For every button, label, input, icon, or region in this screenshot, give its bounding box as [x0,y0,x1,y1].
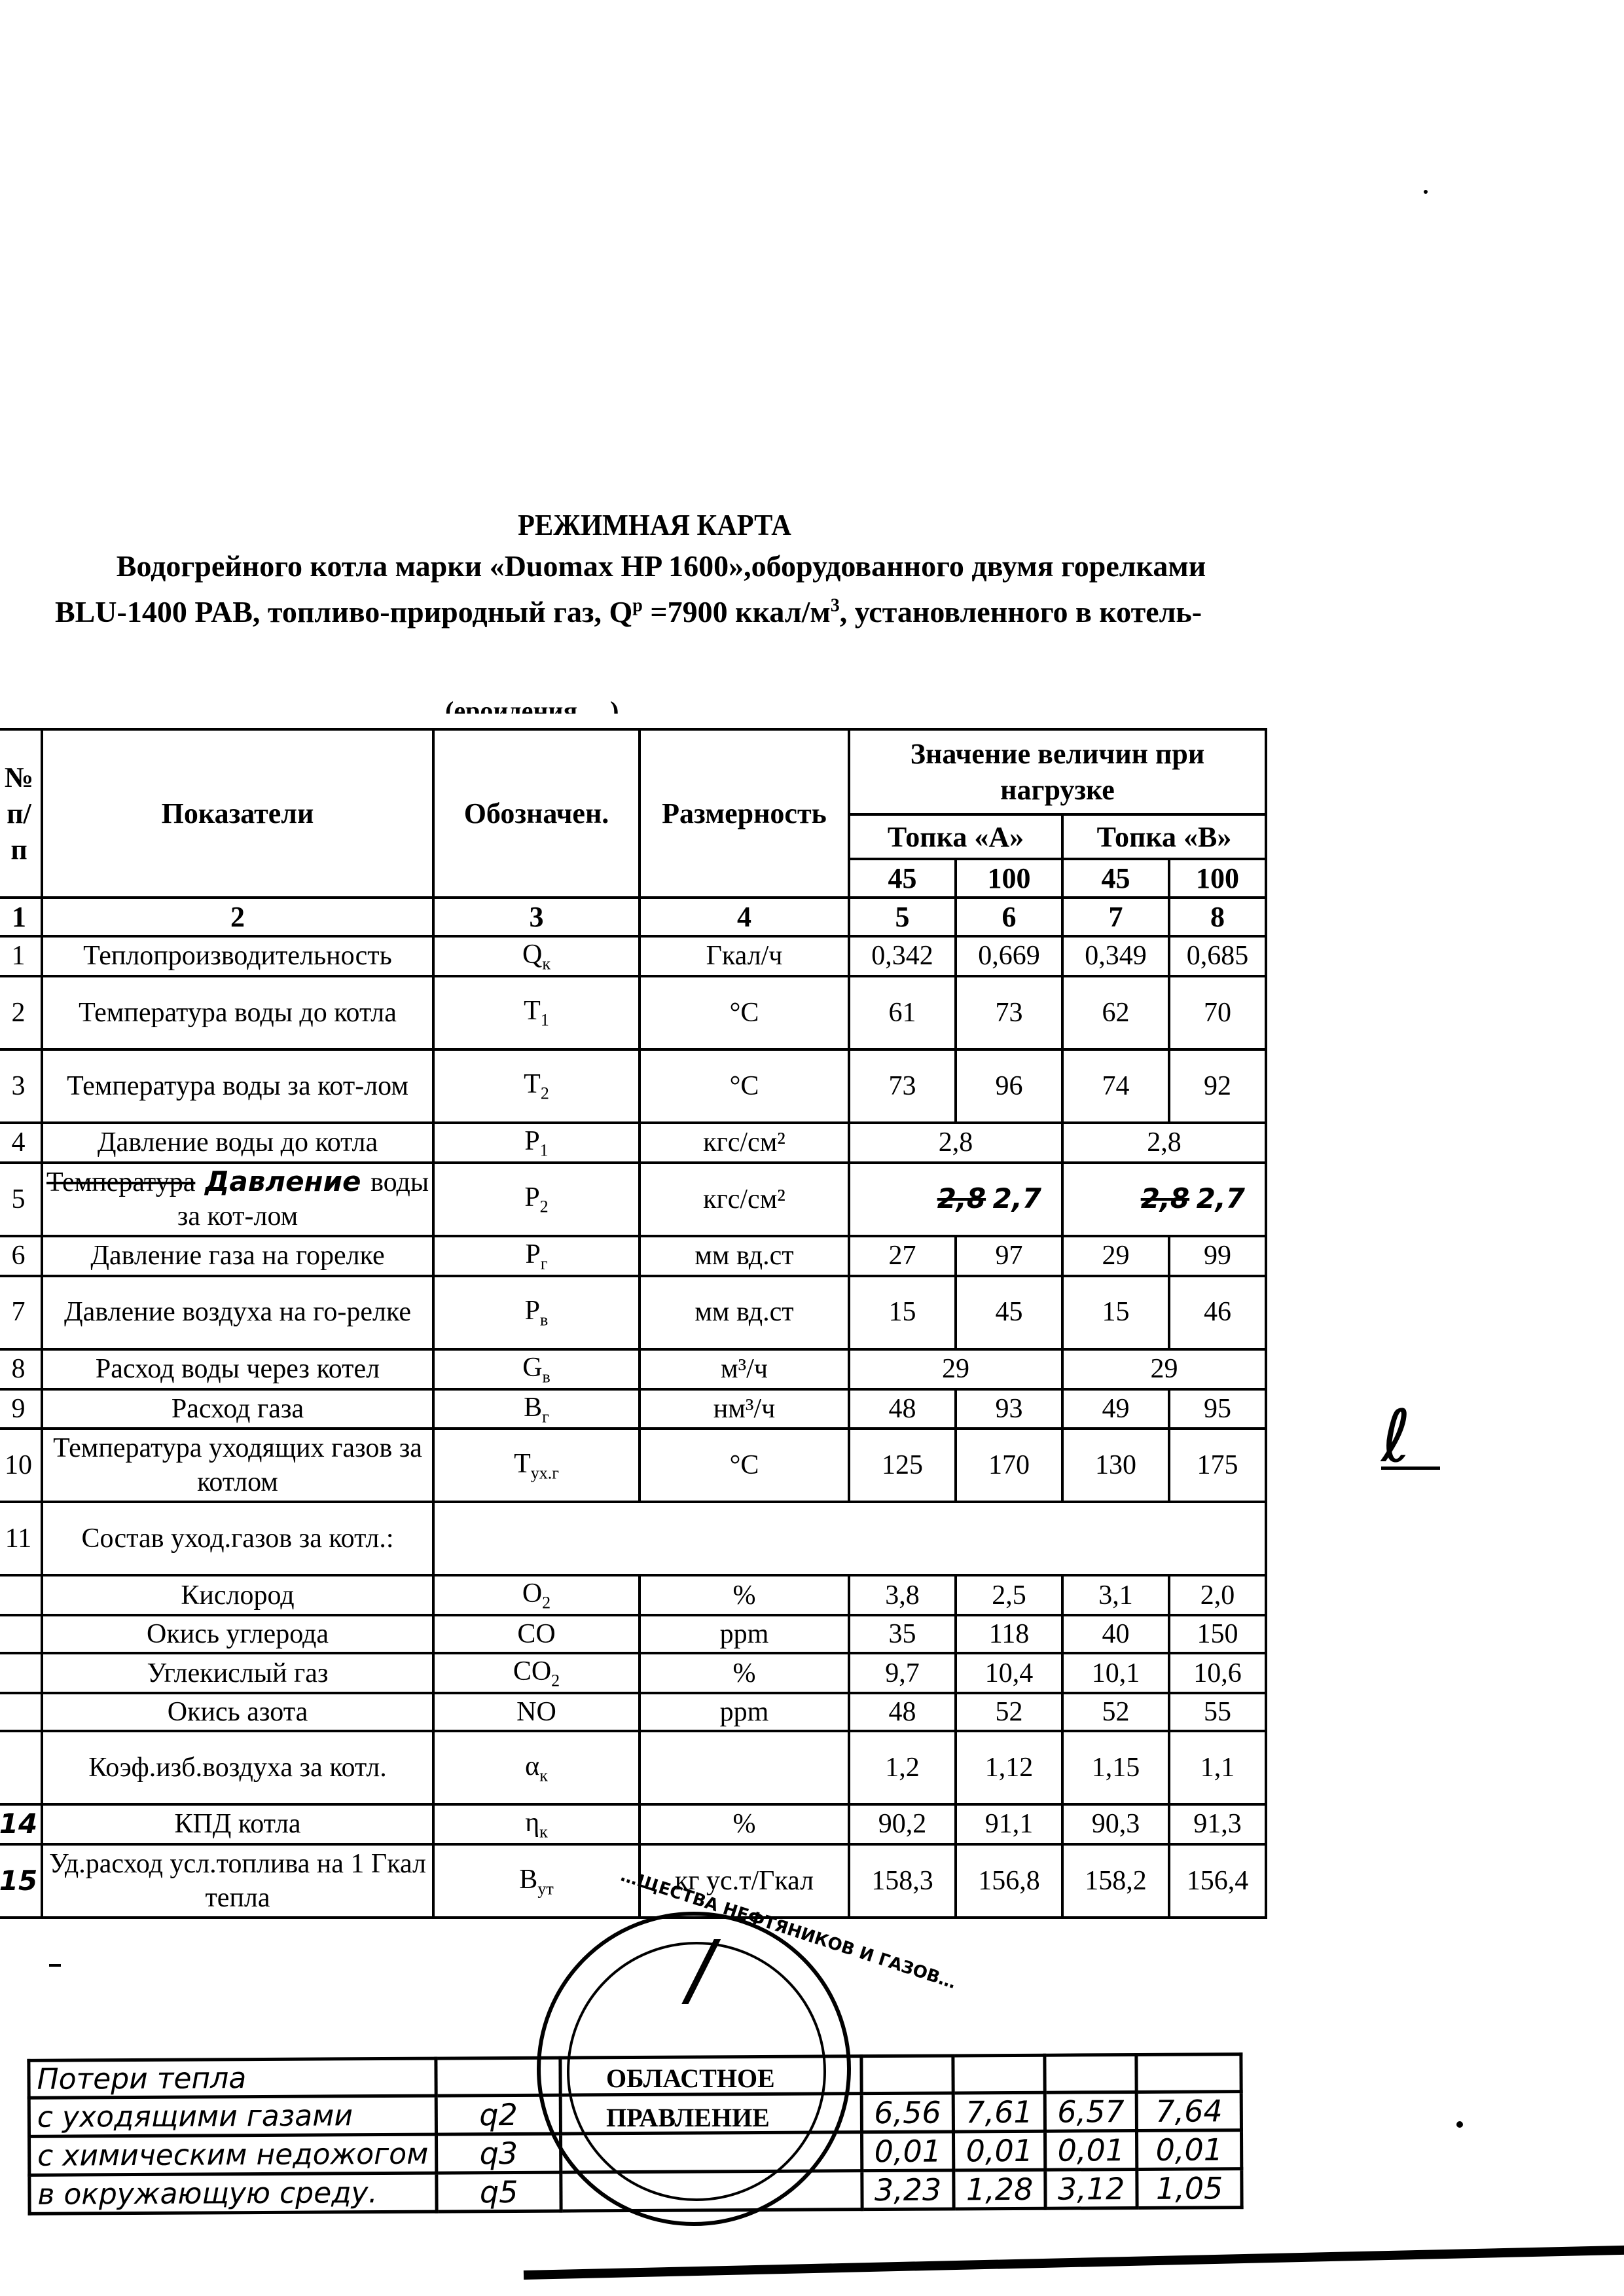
indicator-unit: мм вд.ст [640,1276,849,1349]
loss-value: 3,23 [862,2170,954,2210]
loss-value [1136,2054,1241,2092]
value-cell: 99 [1169,1236,1266,1276]
loss-value [861,2056,953,2094]
indicator-name: Температура воды за кот-лом [42,1049,433,1123]
row-number: 11 [0,1502,42,1575]
symbol-subscript: ут [537,1879,553,1898]
symbol-subscript: в [543,1367,550,1386]
header-load: 45 [849,859,956,898]
loss-value: 0,01 [954,2131,1045,2170]
value-cell: 29 [1062,1236,1169,1276]
table-row: 8Расход воды через котелGвм³/ч2929 [0,1349,1266,1389]
value-cell: 158,2 [1062,1844,1169,1918]
heat-losses-table: Потери теплас уходящими газамиq26,567,61… [27,2052,1243,2215]
loss-row: Потери тепла [29,2054,1241,2098]
indicator-unit: ppm [640,1615,849,1653]
column-number: 2 [42,898,433,936]
value-cell: 125 [849,1429,956,1502]
loss-row: с уходящими газамиq26,567,616,577,64 [29,2092,1241,2137]
indicator-symbol: T1 [433,976,640,1049]
header-furnace-a: Топка «А» [849,814,1062,859]
indicator-name: Температура воды до котла [42,976,433,1049]
loss-value: 7,64 [1136,2092,1241,2131]
symbol-subscript: 2 [541,1084,549,1103]
handwritten-value: 2,7 [993,1182,1041,1214]
indicator-unit: % [640,1653,849,1693]
indicator-name: Давление воды до котла [42,1123,433,1163]
value-cell: 0,685 [1169,936,1266,976]
loss-symbol: q5 [437,2172,561,2212]
value-cell: 158,3 [849,1844,956,1918]
table-row: КислородO2%3,82,53,12,0 [0,1575,1266,1615]
indicator-name: Расход газа [42,1389,433,1429]
table-row: 11Состав уход.газов за котл.: [0,1502,1266,1575]
value-cell: 0,349 [1062,936,1169,976]
value-cell: 175 [1169,1429,1266,1502]
symbol-subscript: г [541,1254,548,1273]
merged-value: 29 [1062,1349,1266,1389]
row-number: 9 [0,1389,42,1429]
indicator-symbol: O2 [433,1575,640,1615]
symbol-subscript: 2 [542,1594,550,1613]
header-load: 100 [956,859,1062,898]
indicator-symbol: T2 [433,1049,640,1123]
value-cell: 91,3 [1169,1804,1266,1844]
symbol-subscript: 2 [540,1197,549,1216]
row-number: 5 [0,1163,42,1236]
header-unit: Размерность [640,729,849,898]
struck-text: Температура [46,1167,195,1197]
value-cell: 170 [956,1429,1062,1502]
loss-symbol: q3 [437,2134,561,2173]
table-row: 9Расход газаBгнм³/ч48934995 [0,1389,1266,1429]
indicator-unit: кгс/см² [640,1123,849,1163]
header-symbol: Обозначен. [433,729,640,898]
indicator-name: Давление газа на горелке [42,1236,433,1276]
indicator-symbol: CO [433,1615,640,1653]
value-cell: 61 [849,976,956,1049]
value-cell: 15 [849,1276,956,1349]
value-cell: 1,2 [849,1731,956,1804]
value-cell: 3,1 [1062,1575,1169,1615]
value-cell: 2,5 [956,1575,1062,1615]
column-number: 7 [1062,898,1169,936]
value-cell: 92 [1169,1049,1266,1123]
indicator-name: Температура уходящих газов за котлом [42,1429,433,1502]
value-cell: 27 [849,1236,956,1276]
value-cell: 55 [1169,1693,1266,1731]
table-row: 10Температура уходящих газов за котломTу… [0,1429,1266,1502]
table-row: Коэф.изб.воздуха за котл.αк1,21,121,151,… [0,1731,1266,1804]
loss-row: в окружающую среду.q53,231,283,121,05 [29,2169,1242,2214]
indicator-symbol: P1 [433,1123,640,1163]
loss-value: 0,01 [1045,2130,1137,2170]
value-cell: 91,1 [956,1804,1062,1844]
header-values-group: Значение величин при нагрузке [849,729,1266,814]
loss-symbol [436,2058,560,2096]
value-cell: 90,3 [1062,1804,1169,1844]
indicator-symbol: CO2 [433,1653,640,1693]
symbol-subscript: 1 [540,1140,549,1159]
indicator-symbol: Gв [433,1349,640,1389]
indicator-unit: нм³/ч [640,1389,849,1429]
loss-label: Потери тепла [29,2058,436,2098]
indicator-name: КПД котла [42,1804,433,1844]
loss-value [953,2055,1045,2093]
scan-speck [1456,2121,1463,2128]
value-cell: 156,8 [956,1844,1062,1918]
header-load: 100 [1169,859,1266,898]
indicator-unit [640,1731,849,1804]
symbol-subscript: в [540,1311,548,1330]
section-label: Состав уход.газов за котл.: [42,1502,433,1575]
row-number [0,1615,42,1653]
row-number: 10 [0,1429,42,1502]
value-cell: 1,15 [1062,1731,1169,1804]
loss-value: 7,61 [953,2092,1045,2132]
table-row: 6Давление газа на горелкеPгмм вд.ст27972… [0,1236,1266,1276]
value-cell: 48 [849,1693,956,1731]
section-filler [433,1502,1266,1575]
row-number [0,1731,42,1804]
loss-row: с химическим недожогомq30,010,010,010,01 [29,2130,1242,2176]
value-cell: 73 [956,976,1062,1049]
table-row: 14КПД котлаηк%90,291,190,391,3 [0,1804,1266,1844]
table-row: 3Температура воды за кот-ломT2°C73967492 [0,1049,1266,1123]
loss-value [1045,2054,1136,2092]
loss-value: 0,01 [1137,2130,1242,2170]
value-cell: 118 [956,1615,1062,1653]
indicator-unit: % [640,1804,849,1844]
table-row: 7Давление воздуха на го-релкеPвмм вд.ст1… [0,1276,1266,1349]
value-cell: 3,8 [849,1575,956,1615]
document-title: РЕЖИМНАЯ КАРТА [52,507,1257,542]
value-cell: 70 [1169,976,1266,1049]
signature: ℓ [1381,1394,1411,1478]
indicator-unit: °C [640,1049,849,1123]
indicator-symbol: ηк [433,1804,640,1844]
indicator-name: Окись углерода [42,1615,433,1653]
value-cell: 150 [1169,1615,1266,1653]
subtitle-text: BLU-1400 PAB, топливо-природный газ, Q [55,595,632,629]
indicator-name: Расход воды через котел [42,1349,433,1389]
value-cell: 96 [956,1049,1062,1123]
indicator-symbol: Bг [433,1389,640,1429]
value-cell: 1,1 [1169,1731,1266,1804]
header-load: 45 [1062,859,1169,898]
value-cell: 35 [849,1615,956,1653]
header-num: № п/п [0,729,42,898]
row-number [0,1693,42,1731]
value-cell: 0,342 [849,936,956,976]
scan-speck [49,1964,61,1967]
indicator-unit: °C [640,1429,849,1502]
value-cell: 90,2 [849,1804,956,1844]
column-number: 8 [1169,898,1266,936]
value-cell: 62 [1062,976,1169,1049]
value-cell: 97 [956,1236,1062,1276]
column-number: 3 [433,898,640,936]
indicator-unit: Гкал/ч [640,936,849,976]
table-row: Окись азотаNOppm48525255 [0,1693,1266,1731]
handwritten-correction: Давление [195,1165,370,1197]
scan-speck [1424,190,1428,194]
scan-edge-artifact [524,2245,1624,2280]
symbol-subscript: 2 [551,1671,560,1690]
row-number: 3 [0,1049,42,1123]
header-row: № п/пПоказателиОбозначен.РазмерностьЗнач… [0,729,1266,814]
value-cell: 52 [1062,1693,1169,1731]
row-number: 8 [0,1349,42,1389]
table-row: 4Давление воды до котлаP1кгс/см²2,82,8 [0,1123,1266,1163]
indicator-name: Углекислый газ [42,1653,433,1693]
value-cell: 2,0 [1169,1575,1266,1615]
column-number: 5 [849,898,956,936]
row-number: 14 [0,1804,42,1844]
symbol-subscript: 1 [541,1011,549,1030]
loss-label: в окружающую среду. [29,2173,437,2214]
value-cell: 74 [1062,1049,1169,1123]
value-cell: 10,1 [1062,1653,1169,1693]
table-row: 2Температура воды до котлаT1°C61736270 [0,976,1266,1049]
merged-value: 29 [849,1349,1062,1389]
value-cell: 0,669 [956,936,1062,976]
loss-stamp-area [560,2056,861,2095]
struck-value: 2,8 [937,1182,986,1214]
document-subtitle-line1: Водогрейного котла марки «Duomax HP 1600… [39,549,1283,583]
indicator-name: Давление воздуха на го-релке [42,1276,433,1349]
loss-label: с уходящими газами [29,2096,436,2136]
value-cell: 48 [849,1389,956,1429]
value-cell: 156,4 [1169,1844,1266,1918]
indicator-unit: °C [640,976,849,1049]
table-row: 1ТеплопроизводительностьQкГкал/ч0,3420,6… [0,936,1266,976]
loss-value: 6,57 [1045,2092,1136,2131]
indicator-name: Окись азота [42,1693,433,1731]
symbol-subscript: ух.г [531,1463,559,1482]
table-row: Углекислый газCO2%9,710,410,110,6 [0,1653,1266,1693]
subtitle-sup: р [632,596,643,616]
value-cell: 93 [956,1389,1062,1429]
subtitle-text: , установленного в котель- [840,595,1202,629]
row-number: 7 [0,1276,42,1349]
handwritten-value: 2,7 [1197,1182,1245,1214]
row-number: 6 [0,1236,42,1276]
indicator-name: Температура Давление воды за кот-лом [42,1163,433,1236]
indicator-unit: м³/ч [640,1349,849,1389]
table-row: 5Температура Давление воды за кот-ломP2к… [0,1163,1266,1236]
value-cell: 52 [956,1693,1062,1731]
value-cell: 15 [1062,1276,1169,1349]
symbol-subscript: к [539,1823,548,1842]
stamp-signature: / [687,1925,713,2016]
indicator-symbol: Pв [433,1276,640,1349]
loss-stamp-area [561,2171,862,2211]
row-number: 4 [0,1123,42,1163]
indicator-name: Теплопроизводительность [42,936,433,976]
value-cell: 10,6 [1169,1653,1266,1693]
symbol-subscript: г [542,1407,549,1426]
indicator-unit: мм вд.ст [640,1236,849,1276]
value-cell: 10,4 [956,1653,1062,1693]
merged-value: 2,8 [849,1123,1062,1163]
loss-value: 6,56 [861,2093,953,2132]
signature-underline [1381,1467,1440,1470]
value-cell: 40 [1062,1615,1169,1653]
column-number: 1 [0,898,42,936]
loss-stamp-area [560,2094,861,2134]
indicator-name: Кислород [42,1575,433,1615]
column-number: 4 [640,898,849,936]
value-cell: 46 [1169,1276,1266,1349]
merged-value: 2,8 2,7 [1062,1163,1266,1236]
indicator-symbol: Tух.г [433,1429,640,1502]
indicator-unit: кгс/см² [640,1163,849,1236]
column-number: 6 [956,898,1062,936]
symbol-subscript: к [542,954,550,973]
indicator-symbol: NO [433,1693,640,1731]
value-cell: 45 [956,1276,1062,1349]
indicator-unit: ppm [640,1693,849,1731]
loss-label: с химическим недожогом [29,2134,437,2175]
loss-value: 0,01 [862,2132,954,2171]
loss-symbol: q2 [436,2095,560,2134]
indicator-symbol: P2 [433,1163,640,1236]
merged-value: 2,8 2,7 [849,1163,1062,1236]
loss-value: 1,05 [1137,2169,1242,2208]
struck-value: 2,8 [1141,1182,1189,1214]
value-cell: 1,12 [956,1731,1062,1804]
subtitle-text: =7900 ккал/м [643,595,831,629]
value-cell: 9,7 [849,1653,956,1693]
row-number [0,1575,42,1615]
indicator-symbol: Bут [433,1844,640,1918]
indicator-name: Коэф.изб.воздуха за котл. [42,1731,433,1804]
row-number: 15 [0,1844,42,1918]
indicator-symbol: Pг [433,1236,640,1276]
loss-stamp-area [561,2132,862,2172]
document-subtitle-line2: BLU-1400 PAB, топливо-природный газ, Qр … [0,594,1270,629]
table-row: Окись углеродаCOppm3511840150 [0,1615,1266,1653]
header-furnace-b: Топка «В» [1062,814,1266,859]
indicator-symbol: αк [433,1731,640,1804]
indicator-symbol: Qк [433,936,640,976]
merged-value: 2,8 [1062,1123,1266,1163]
value-cell: 73 [849,1049,956,1123]
header-indicator: Показатели [42,729,433,898]
regime-table: № п/пПоказателиОбозначен.РазмерностьЗнач… [0,728,1267,1919]
cut-off-line: (ероидения ... ) [445,695,619,714]
subtitle-sup: 3 [831,596,840,616]
row-number: 1 [0,936,42,976]
row-number: 2 [0,976,42,1049]
loss-value: 3,12 [1045,2169,1137,2208]
symbol-subscript: к [539,1766,548,1785]
row-number [0,1653,42,1693]
loss-value: 1,28 [954,2170,1045,2209]
value-cell: 130 [1062,1429,1169,1502]
column-numbers-row: 12345678 [0,898,1266,936]
value-cell: 49 [1062,1389,1169,1429]
value-cell: 95 [1169,1389,1266,1429]
indicator-name: Уд.расход усл.топлива на 1 Гкал тепла [42,1844,433,1918]
indicator-unit: % [640,1575,849,1615]
